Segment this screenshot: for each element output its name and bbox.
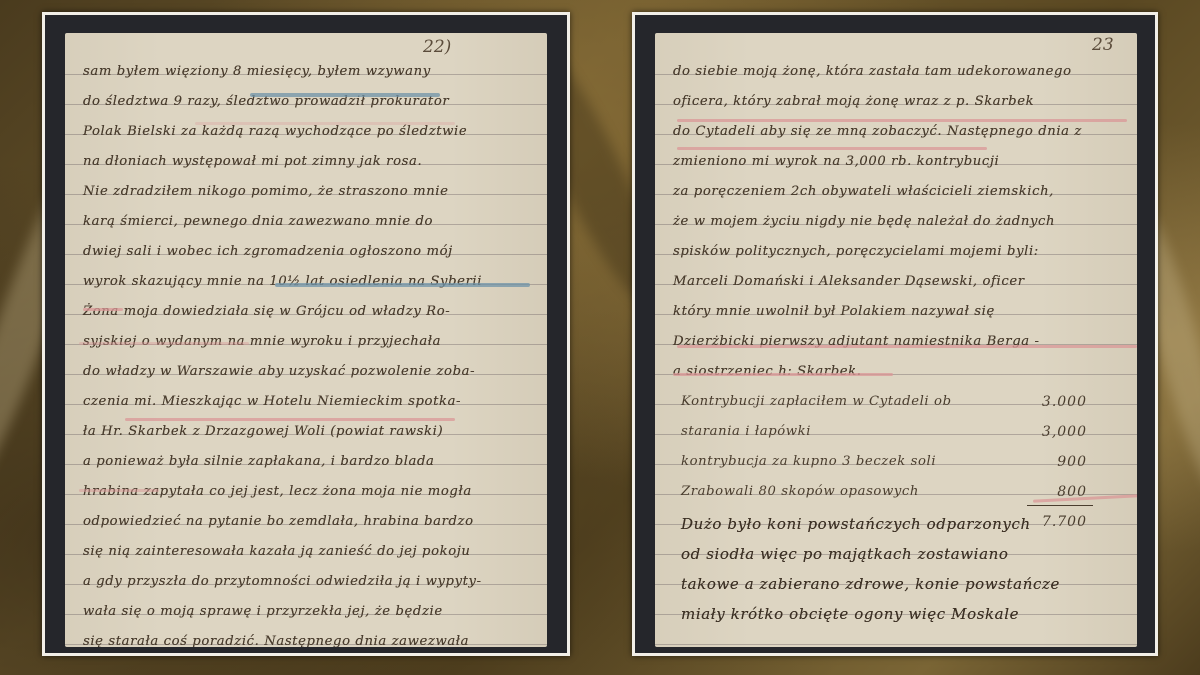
text-line: od siodła więc po majątkach zostawiano [655, 539, 1137, 569]
text-line: Dzierżbicki pierwszy adjutant namiestnik… [655, 327, 1137, 357]
ledger-row: kontrybucja za kupno 3 beczek soli 900 [655, 447, 1137, 477]
closing-paragraph: Dużo było koni powstańczych odparzonych … [655, 509, 1137, 629]
blue-pencil-underline [275, 283, 530, 287]
ledger-amount: 900 [1017, 447, 1087, 477]
red-pencil-underline [677, 345, 1137, 348]
text-line: sam byłem więziony 8 miesięcy, byłem wzy… [65, 57, 547, 87]
text-line: do śledztwa 9 razy, śledztwo prowadził p… [65, 87, 547, 117]
text-line: do władzy w Warszawie aby uzyskać pozwol… [65, 357, 547, 387]
text-line: na dłoniach występował mi pot zimny jak … [65, 147, 547, 177]
red-pencil-underline [673, 373, 893, 376]
red-pencil-underline [125, 418, 455, 421]
red-pencil-underline [677, 147, 987, 150]
text-line: a gdy przyszła do przytomności odwiedził… [65, 567, 547, 597]
red-pencil-underline [79, 489, 159, 492]
right-page: 23 do siebie moją żonę, która zastała ta… [655, 33, 1137, 647]
red-pencil-underline [83, 308, 123, 311]
page-number: 23 [1092, 35, 1114, 55]
left-page-text: sam byłem więziony 8 miesięcy, byłem wzy… [65, 57, 547, 647]
text-line: do siebie moją żonę, która zastała tam u… [655, 57, 1137, 87]
text-line: się starała coś poradzić. Następnego dni… [65, 627, 547, 647]
red-pencil-underline [677, 119, 1127, 122]
ledger-amount: 800 [1017, 477, 1087, 507]
text-line: który mnie uwolnił był Polakiem nazywał … [655, 297, 1137, 327]
text-line: za poręczeniem 2ch obywateli właścicieli… [655, 177, 1137, 207]
text-line: Dużo było koni powstańczych odparzonych [655, 509, 1137, 539]
red-pencil-underline [79, 342, 249, 345]
total-rule [1027, 505, 1093, 506]
text-line: hrabina zapytała co jej jest, lecz żona … [65, 477, 547, 507]
text-line: się nią zainteresowała kazała ją zanieść… [65, 537, 547, 567]
ledger-row: starania i łapówki 3,000 [655, 417, 1137, 447]
left-page: 22) sam byłem więziony 8 miesięcy, byłem… [65, 33, 547, 647]
text-line: karą śmierci, pewnego dnia zawezwano mni… [65, 207, 547, 237]
text-line: czenia mi. Mieszkając w Hotelu Niemiecki… [65, 387, 547, 417]
text-line: a ponieważ była silnie zapłakana, i bard… [65, 447, 547, 477]
page-number: 22) [423, 37, 451, 57]
text-line: miały krótko obcięte ogony więc Moskale [655, 599, 1137, 629]
text-line: takowe a zabierano zdrowe, konie powstań… [655, 569, 1137, 599]
text-line: oficera, który zabrał moją żonę wraz z p… [655, 87, 1137, 117]
text-line: zmieniono mi wyrok na 3,000 rb. kontrybu… [655, 147, 1137, 177]
ledger-row: Zrabowali 80 skopów opasowych 800 [655, 477, 1137, 507]
text-line: wyrok skazujący mnie na 10½ lat osiedlen… [65, 267, 547, 297]
red-pencil-underline [195, 122, 455, 125]
ledger-amount: 3,000 [1017, 417, 1087, 447]
blue-pencil-underline [250, 93, 440, 97]
ledger-row: Kontrybucji zapłaciłem w Cytadeli ob 3.0… [655, 387, 1137, 417]
text-line: Marceli Domański i Aleksander Dąsewski, … [655, 267, 1137, 297]
right-page-text: do siebie moją żonę, która zastała tam u… [655, 57, 1137, 387]
text-line: spisków politycznych, poręczycielami moj… [655, 237, 1137, 267]
text-line: odpowiedzieć na pytanie bo zemdlała, hra… [65, 507, 547, 537]
text-line: ła Hr. Skarbek z Drzazgowej Woli (powiat… [65, 417, 547, 447]
text-line: a siostrzeniec h: Skarbek. [655, 357, 1137, 387]
ledger-description: kontrybucja za kupno 3 beczek soli [681, 447, 936, 477]
left-page-frame: 22) sam byłem więziony 8 miesięcy, byłem… [42, 12, 570, 656]
right-page-frame: 23 do siebie moją żonę, która zastała ta… [632, 12, 1158, 656]
text-line: wała się o moją sprawę i przyrzekła jej,… [65, 597, 547, 627]
ledger-description: Zrabowali 80 skopów opasowych [681, 477, 919, 507]
ledger-description: Kontrybucji zapłaciłem w Cytadeli ob [681, 387, 952, 417]
ledger-description: starania i łapówki [681, 417, 811, 447]
text-line: Żona moja dowiedziała się w Grójcu od wł… [65, 297, 547, 327]
text-line: że w mojem życiu nigdy nie będę należał … [655, 207, 1137, 237]
text-line: dwiej sali i wobec ich zgromadzenia ogło… [65, 237, 547, 267]
text-line: Nie zdradziłem nikogo pomimo, że straszo… [65, 177, 547, 207]
ledger-amount: 3.000 [1017, 387, 1087, 417]
